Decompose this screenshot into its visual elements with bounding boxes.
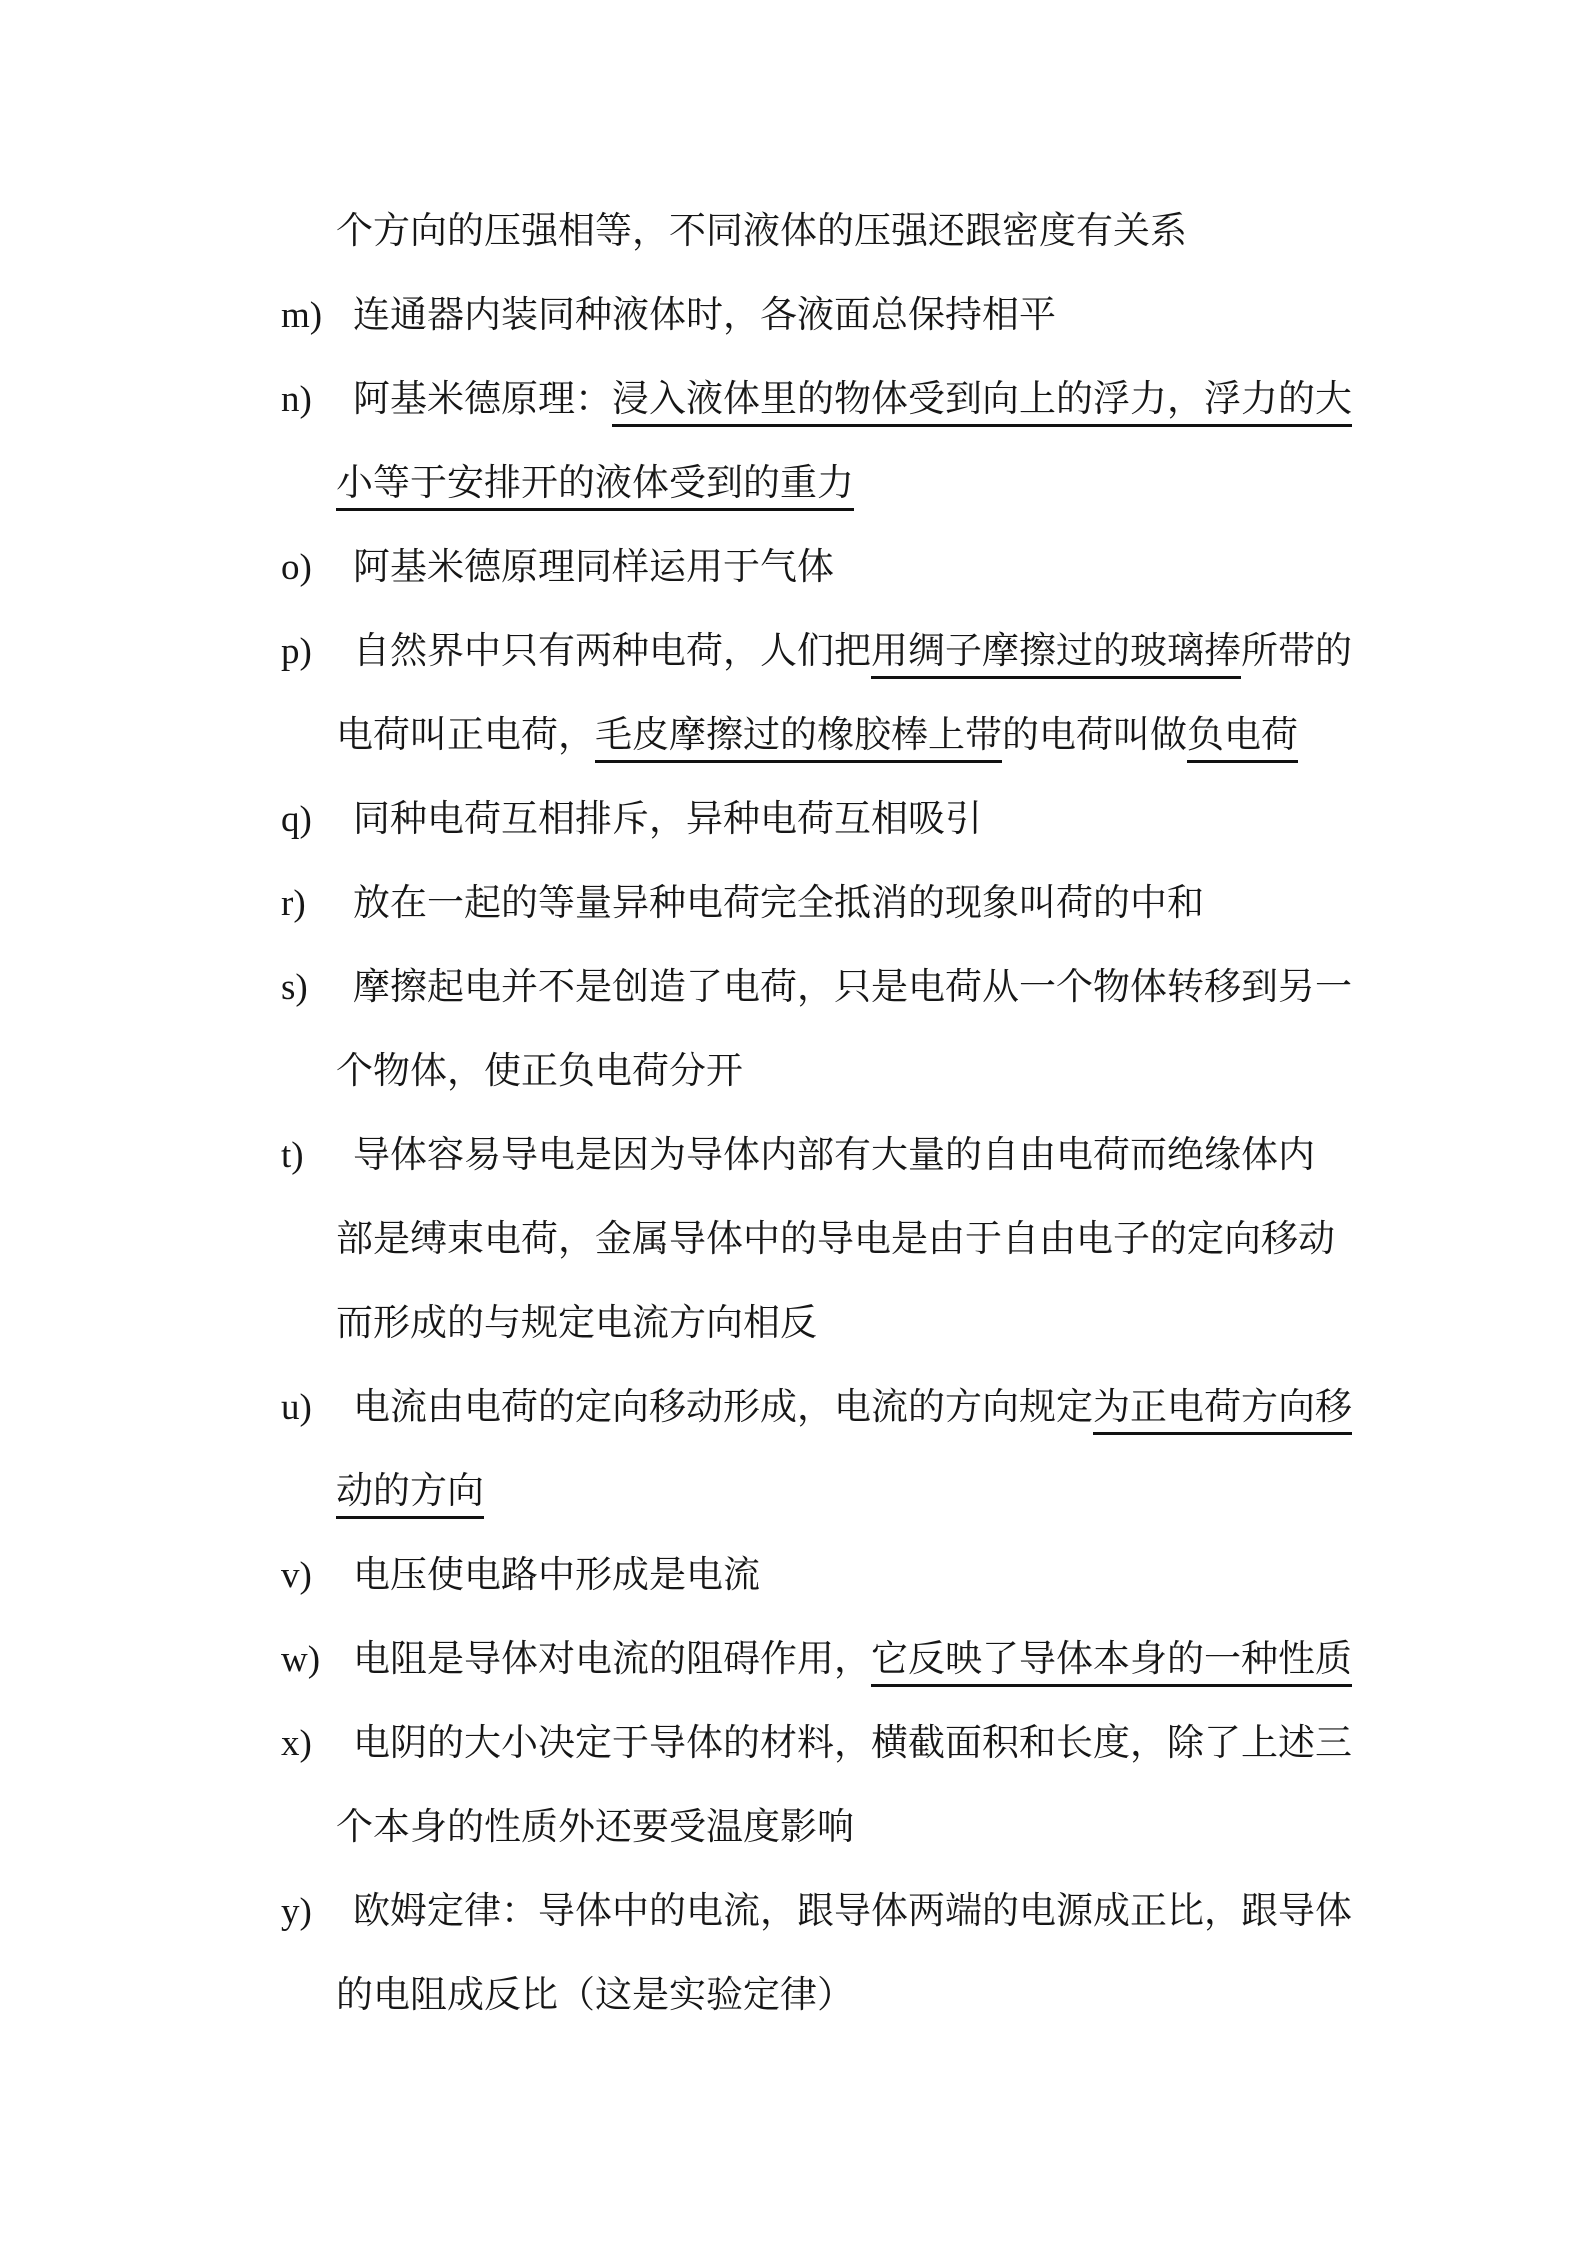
underlined-text-segment: 浸入液体里的物体受到向上的浮力，浮力的大	[612, 379, 1352, 427]
underlined-text-segment: 负电荷	[1187, 715, 1298, 763]
text-segment: 的电阻成反比（这是实验定律）	[336, 1975, 854, 2016]
list-item-marker: v)	[281, 1534, 312, 1618]
text-segment: 放在一起的等量异种电荷完全抵消的现象叫荷的中和	[353, 883, 1204, 924]
text-segment: 个物体，使正负电荷分开	[336, 1051, 743, 1092]
list-item-r: r)放在一起的等量异种电荷完全抵消的现象叫荷的中和	[0, 862, 1587, 946]
text-line: 自然界中只有两种电荷，人们把用绸子摩擦过的玻璃捧所带的	[353, 610, 1587, 694]
text-line: 连通器内装同种液体时，各液面总保持相平	[353, 274, 1587, 358]
text-segment: 电阻是导体对电流的阻碍作用，	[353, 1639, 871, 1680]
text-segment: 部是缚束电荷，金属导体中的导电是由于自由电子的定向移动	[336, 1219, 1335, 1260]
list-item-marker: q)	[281, 778, 312, 862]
underlined-text-segment: 用绸子摩擦过的玻璃捧	[871, 631, 1241, 679]
text-line: 电荷叫正电荷，毛皮摩擦过的橡胶棒上带的电荷叫做负电荷	[336, 694, 1587, 778]
text-line: 电流由电荷的定向移动形成，电流的方向规定为正电荷方向移	[353, 1366, 1587, 1450]
text-segment: 所带的	[1241, 631, 1352, 672]
list-item-v: v)电压使电路中形成是电流	[0, 1534, 1587, 1618]
text-segment: 电阴的大小决定于导体的材料，横截面积和长度，除了上述三	[353, 1723, 1352, 1764]
text-segment: 个方向的压强相等，不同液体的压强还跟密度有关系	[336, 211, 1187, 252]
list-item-u: u)电流由电荷的定向移动形成，电流的方向规定为正电荷方向移动的方向	[0, 1366, 1587, 1534]
text-line: 的电阻成反比（这是实验定律）	[336, 1954, 1587, 2038]
text-segment: 欧姆定律：导体中的电流，跟导体两端的电源成正比，跟导体	[353, 1891, 1352, 1932]
text-line: 小等于安排开的液体受到的重力	[336, 442, 1587, 526]
text-segment: 同种电荷互相排斥，异种电荷互相吸引	[353, 799, 982, 840]
list-item-p: p)自然界中只有两种电荷，人们把用绸子摩擦过的玻璃捧所带的电荷叫正电荷，毛皮摩擦…	[0, 610, 1587, 778]
text-line: 阿基米德原理：浸入液体里的物体受到向上的浮力，浮力的大	[353, 358, 1587, 442]
document-page: 个方向的压强相等，不同液体的压强还跟密度有关系m)连通器内装同种液体时，各液面总…	[0, 0, 1587, 2245]
text-segment: 个本身的性质外还要受温度影响	[336, 1807, 854, 1848]
underlined-text-segment: 为正电荷方向移	[1093, 1387, 1352, 1435]
list-item-marker: s)	[281, 946, 308, 1030]
text-segment: 自然界中只有两种电荷，人们把	[353, 631, 871, 672]
text-line: 同种电荷互相排斥，异种电荷互相吸引	[353, 778, 1587, 862]
underlined-text-segment: 小等于安排开的液体受到的重力	[336, 463, 854, 511]
text-line: 电阻是导体对电流的阻碍作用，它反映了导体本身的一种性质	[353, 1618, 1587, 1702]
text-segment: 电荷叫正电荷，	[336, 715, 595, 756]
definition-list: 个方向的压强相等，不同液体的压强还跟密度有关系m)连通器内装同种液体时，各液面总…	[0, 190, 1587, 2038]
text-segment: 的电荷叫做	[1002, 715, 1187, 756]
list-item-n: n)阿基米德原理：浸入液体里的物体受到向上的浮力，浮力的大小等于安排开的液体受到…	[0, 358, 1587, 526]
list-item-marker: o)	[281, 526, 312, 610]
list-item-marker: u)	[281, 1366, 312, 1450]
list-item-continuation: 个方向的压强相等，不同液体的压强还跟密度有关系	[0, 190, 1587, 274]
list-item-marker: m)	[281, 274, 322, 358]
list-item-o: o)阿基米德原理同样运用于气体	[0, 526, 1587, 610]
list-item-marker: p)	[281, 610, 312, 694]
text-segment: 导体容易导电是因为导体内部有大量的自由电荷而绝缘体内	[353, 1135, 1315, 1176]
text-segment: 阿基米德原理：	[353, 379, 612, 420]
list-item-x: x)电阴的大小决定于导体的材料，横截面积和长度，除了上述三个本身的性质外还要受温…	[0, 1702, 1587, 1870]
text-line: 个方向的压强相等，不同液体的压强还跟密度有关系	[336, 190, 1587, 274]
list-item-marker: w)	[281, 1618, 320, 1702]
list-item-y: y)欧姆定律：导体中的电流，跟导体两端的电源成正比，跟导体的电阻成反比（这是实验…	[0, 1870, 1587, 2038]
text-segment: 连通器内装同种液体时，各液面总保持相平	[353, 295, 1056, 336]
text-line: 放在一起的等量异种电荷完全抵消的现象叫荷的中和	[353, 862, 1587, 946]
underlined-text-segment: 动的方向	[336, 1471, 484, 1519]
list-item-marker: n)	[281, 358, 312, 442]
text-line: 导体容易导电是因为导体内部有大量的自由电荷而绝缘体内	[353, 1114, 1587, 1198]
list-item-marker: r)	[281, 862, 306, 946]
text-line: 摩擦起电并不是创造了电荷，只是电荷从一个物体转移到另一	[353, 946, 1587, 1030]
text-segment: 电流由电荷的定向移动形成，电流的方向规定	[353, 1387, 1093, 1428]
text-segment: 阿基米德原理同样运用于气体	[353, 547, 834, 588]
underlined-text-segment: 毛皮摩擦过的橡胶棒上带	[595, 715, 1002, 763]
text-line: 部是缚束电荷，金属导体中的导电是由于自由电子的定向移动	[336, 1198, 1587, 1282]
text-segment: 电压使电路中形成是电流	[353, 1555, 760, 1596]
list-item-marker: t)	[281, 1114, 304, 1198]
text-line: 阿基米德原理同样运用于气体	[353, 526, 1587, 610]
text-line: 而形成的与规定电流方向相反	[336, 1282, 1587, 1366]
list-item-w: w)电阻是导体对电流的阻碍作用，它反映了导体本身的一种性质	[0, 1618, 1587, 1702]
list-item-t: t)导体容易导电是因为导体内部有大量的自由电荷而绝缘体内部是缚束电荷，金属导体中…	[0, 1114, 1587, 1366]
text-line: 电压使电路中形成是电流	[353, 1534, 1587, 1618]
underlined-text-segment: 它反映了导体本身的一种性质	[871, 1639, 1352, 1687]
list-item-s: s)摩擦起电并不是创造了电荷，只是电荷从一个物体转移到另一个物体，使正负电荷分开	[0, 946, 1587, 1114]
text-line: 欧姆定律：导体中的电流，跟导体两端的电源成正比，跟导体	[353, 1870, 1587, 1954]
text-segment: 摩擦起电并不是创造了电荷，只是电荷从一个物体转移到另一	[353, 967, 1352, 1008]
list-item-q: q)同种电荷互相排斥，异种电荷互相吸引	[0, 778, 1587, 862]
text-segment: 而形成的与规定电流方向相反	[336, 1303, 817, 1344]
text-line: 个物体，使正负电荷分开	[336, 1030, 1587, 1114]
text-line: 个本身的性质外还要受温度影响	[336, 1786, 1587, 1870]
text-line: 电阴的大小决定于导体的材料，横截面积和长度，除了上述三	[353, 1702, 1587, 1786]
list-item-marker: y)	[281, 1870, 312, 1954]
list-item-marker: x)	[281, 1702, 312, 1786]
text-line: 动的方向	[336, 1450, 1587, 1534]
list-item-m: m)连通器内装同种液体时，各液面总保持相平	[0, 274, 1587, 358]
